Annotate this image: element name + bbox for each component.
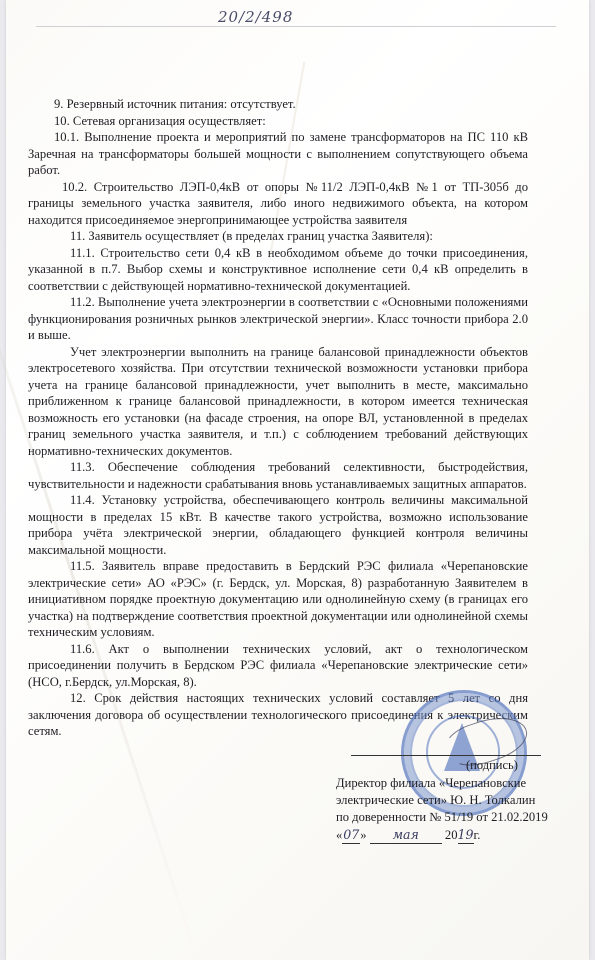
date-day: 07 bbox=[342, 826, 360, 844]
paragraph-11-2: 11.2. Выполнение учета электроэнергии в … bbox=[28, 294, 528, 344]
date-quote-close: » bbox=[360, 828, 366, 842]
paragraph-11-4: 11.4. Установку устройства, обеспечивающ… bbox=[28, 492, 528, 558]
date-year-prefix: 20 bbox=[445, 828, 458, 842]
signature-label: (подпись) bbox=[466, 758, 518, 773]
signature-line bbox=[351, 755, 541, 756]
paragraph-10-1: 10.1. Выполнение проекта и мероприятий п… bbox=[28, 129, 528, 179]
paragraph-11-6: 11.6. Акт о выполнении технических услов… bbox=[28, 641, 528, 691]
signer-title: Директор филиала «Черепановские bbox=[336, 775, 548, 792]
paragraph-11-2-note: Учет электроэнергии выполнить на границе… bbox=[28, 344, 528, 460]
paragraph-11-5: 11.5. Заявитель вправе предоставить в Бе… bbox=[28, 558, 528, 641]
signer-block: Директор филиала «Черепановские электрич… bbox=[336, 775, 548, 844]
date-year-end: г. bbox=[474, 828, 481, 842]
signer-name: электрические сети» Ю. Н. Толкалин bbox=[336, 792, 548, 809]
handwritten-registration-number: 20/2/498 bbox=[218, 8, 293, 26]
paragraph-11-3: 11.3. Обеспечение соблюдения требований … bbox=[28, 459, 528, 492]
signature-date: «07» мая 2019г. bbox=[336, 826, 548, 844]
paragraph-10-2: 10.2. Строительство ЛЭП-0,4кВ от опоры №… bbox=[28, 179, 528, 229]
paragraph-11: 11. Заявитель осуществляет (в пределах г… bbox=[28, 228, 528, 245]
power-of-attorney: по доверенности № 51/19 от 21.02.2019 bbox=[336, 809, 548, 826]
document-page: 20/2/498 9. Резервный источник питания: … bbox=[6, 0, 589, 960]
document-body: 9. Резервный источник питания: отсутству… bbox=[28, 96, 528, 740]
paragraph-10: 10. Сетевая организация осуществляет: bbox=[28, 113, 528, 130]
date-year-suffix: 19 bbox=[458, 826, 474, 844]
paragraph-11-1: 11.1. Строительство сети 0,4 кВ в необхо… bbox=[28, 245, 528, 295]
paragraph-9: 9. Резервный источник питания: отсутству… bbox=[28, 96, 528, 113]
top-rule bbox=[36, 26, 556, 27]
date-month: мая bbox=[370, 826, 442, 844]
